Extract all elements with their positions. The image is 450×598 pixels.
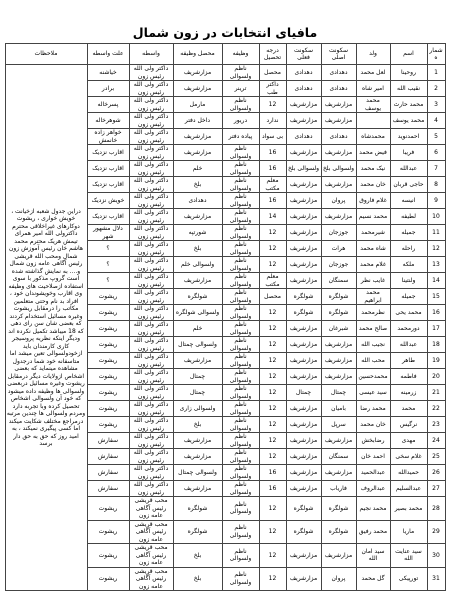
cell-education-degree: 12: [259, 369, 286, 385]
cell-education-degree: 16: [259, 481, 286, 497]
cell-duty: ناظم ولسوالی: [222, 369, 259, 385]
cell-number: 21: [427, 385, 445, 401]
cell-number: 1: [427, 65, 445, 81]
cell-duty: ناظم ولسوالی: [222, 385, 259, 401]
cell-duty: ناظم ولسوالی: [222, 241, 259, 257]
cell-origin-residence: شولگره: [321, 289, 356, 305]
cell-father-name: شاه محمد: [356, 241, 390, 257]
cell-intermediary: داکتر ولی الله رئیس زون: [129, 449, 173, 465]
cell-intermediary-reason: خواهر زاده خانمش: [87, 129, 129, 145]
cell-intermediary: داکتر ولی الله رئیس زون: [129, 113, 173, 129]
cell-duty: ناظم ولسوالی: [222, 337, 259, 353]
cell-name: لطیفه: [390, 209, 427, 225]
cell-intermediary-reason: ریشوت: [87, 353, 129, 369]
cell-intermediary-reason: ؟: [87, 273, 129, 289]
col-header-intermediary: واسطه: [129, 44, 173, 65]
cell-education-degree: محصل: [259, 65, 286, 81]
cell-name: محمد: [390, 401, 427, 417]
col-header-remarks: ملاحظات: [5, 44, 87, 65]
cell-number: 23: [427, 417, 445, 433]
cell-intermediary-reason: ریشوت: [87, 544, 129, 568]
cell-education-degree: 12: [259, 385, 286, 401]
remarks-cell: دراین جدول شعبه ازخیانت ، خویش خواری ، ر…: [5, 65, 87, 591]
cell-intermediary: داکتر ولی الله رئیس زون: [129, 337, 173, 353]
cell-current-residence: مزارشریف: [286, 225, 321, 241]
cell-number: 19: [427, 353, 445, 369]
cell-number: 2: [427, 81, 445, 97]
cell-intermediary: داکتر ولی الله رئیس زون: [129, 257, 173, 273]
cell-current-residence: مزارشریف: [286, 145, 321, 161]
col-header-intermediary-reason: علت واسطه: [87, 44, 129, 65]
cell-duty: ناظم ولسوالی: [222, 520, 259, 544]
cell-intermediary-reason: خیاشنه: [87, 65, 129, 81]
col-header-number: شماره: [427, 44, 445, 65]
cell-duty: ناظم ولسوالی: [222, 497, 259, 521]
cell-duty-place: مزارشریف: [173, 273, 222, 289]
cell-father-name: عبدالحمید: [356, 465, 390, 481]
cell-duty-place: بلخ: [173, 567, 222, 591]
cell-intermediary: داکتر ولی الله رئیس زون: [129, 385, 173, 401]
cell-intermediary-reason: ریشوت: [87, 305, 129, 321]
cell-intermediary: داکتر ولی الله رئیس زون: [129, 65, 173, 81]
cell-intermediary: داکتر ولی الله رئیس زون: [129, 481, 173, 497]
cell-father-name: غلام محمد: [356, 257, 390, 273]
cell-intermediary-reason: ؟: [87, 241, 129, 257]
cell-education-degree: 12: [259, 520, 286, 544]
cell-name: محمد یحی: [390, 305, 427, 321]
cell-origin-residence: سمنگان: [321, 273, 356, 289]
cell-duty: ناظم ولسوالی: [222, 481, 259, 497]
cell-current-residence: دهدادی: [286, 81, 321, 97]
cell-education-degree: 12: [259, 241, 286, 257]
cell-current-residence: دهدادی: [286, 129, 321, 145]
cell-current-residence: مزارشریف: [286, 481, 321, 497]
table-body: 1روحینالعل محمددهدادیدهدادیمحصلناظم ولسو…: [5, 65, 445, 591]
cell-number: 10: [427, 209, 445, 225]
cell-intermediary-reason: اقارب نزدیک: [87, 177, 129, 193]
cell-father-name: غایب نظر: [356, 273, 390, 289]
cell-intermediary-reason: سفارش: [87, 433, 129, 449]
cell-intermediary: داکتر ولی الله رئیس زون: [129, 81, 173, 97]
cell-education-degree: 16: [259, 465, 286, 481]
cell-duty-place: مزارشریف: [173, 81, 222, 97]
cell-origin-residence: هرات: [321, 241, 356, 257]
cell-duty: ناظم ولسوالی: [222, 449, 259, 465]
cell-duty: ناظم ولسوالی: [222, 567, 259, 591]
cell-number: 3: [427, 97, 445, 113]
cell-education-degree: 12: [259, 417, 286, 433]
cell-name: حاجی قربان: [390, 177, 427, 193]
cell-origin-residence: شولگره: [321, 520, 356, 544]
cell-father-name: صالح محمد: [356, 321, 390, 337]
cell-father-name: نجیب الله: [356, 337, 390, 353]
page-title: مافیای انتخابات در زون شمال: [0, 25, 450, 40]
cell-name: طاهر: [390, 353, 427, 369]
cell-duty-place: مزارشریف: [173, 481, 222, 497]
cell-duty-place: مزارشریف: [173, 145, 222, 161]
cell-current-residence: مزارشریف: [286, 567, 321, 591]
cell-duty: ناظم ولسوالی: [222, 225, 259, 241]
cell-intermediary: داکتر ولی الله رئیس زون: [129, 97, 173, 113]
cell-origin-residence: جوزجان: [321, 257, 356, 273]
cell-origin-residence: شبرغان: [321, 321, 356, 337]
cell-intermediary: داکتر ولی الله رئیس زون: [129, 161, 173, 177]
cell-duty: ناظم ولسوالی: [222, 273, 259, 289]
cell-intermediary-reason: اقارب نزدیک: [87, 145, 129, 161]
cell-intermediary: داکتر ولی الله رئیس زون: [129, 225, 173, 241]
cell-name: عبدالله: [390, 337, 427, 353]
cell-father-name: عبدالروف: [356, 481, 390, 497]
cell-current-residence: شولگره: [286, 520, 321, 544]
cell-name: راحله: [390, 241, 427, 257]
cell-number: 29: [427, 520, 445, 544]
cell-intermediary-reason: ریشوت: [87, 497, 129, 521]
cell-education-degree: داکتر طب: [259, 81, 286, 97]
cell-origin-residence: مزارشریف: [321, 209, 356, 225]
cell-father-name: محمد نجیم: [356, 497, 390, 521]
cell-duty: ناظم ولسوالی: [222, 257, 259, 273]
cell-father-name: محمد رفیق: [356, 520, 390, 544]
cell-origin-residence: مزارشریف: [321, 337, 356, 353]
cell-education-degree: بی سواد: [259, 129, 286, 145]
cell-intermediary-reason: سفارش: [87, 481, 129, 497]
cell-duty: ناظم ولسوالی: [222, 305, 259, 321]
cell-education-degree: محصل: [259, 289, 286, 305]
cell-duty-place: شولگره: [173, 289, 222, 305]
cell-education-degree: معلم مکتب: [259, 273, 286, 289]
cell-number: 17: [427, 321, 445, 337]
cell-origin-residence: شولگره: [321, 305, 356, 321]
cell-education-degree: 12: [259, 401, 286, 417]
cell-intermediary-reason: ریشوت: [87, 369, 129, 385]
cell-father-name: فیض محمد: [356, 145, 390, 161]
cell-father-name: غلام فاروق: [356, 193, 390, 209]
cell-intermediary-reason: ؟: [87, 257, 129, 273]
cell-number: 7: [427, 161, 445, 177]
cell-duty-place: شولگره: [173, 497, 222, 521]
cell-current-residence: مزارشریف: [286, 449, 321, 465]
col-header-duty: وظیفه: [222, 44, 259, 65]
cell-name: عبدالله: [390, 161, 427, 177]
cell-duty-place: ولسوالی خلم: [173, 257, 222, 273]
cell-name: انیسه: [390, 193, 427, 209]
cell-origin-residence: مزارشریف: [321, 145, 356, 161]
cell-father-name: سید عیسی: [356, 385, 390, 401]
cell-education-degree: 16: [259, 193, 286, 209]
cell-current-residence: ولسوالی بلخ: [286, 161, 321, 177]
cell-origin-residence: مزارشریف: [321, 353, 356, 369]
cell-intermediary: داکتر ولی الله رئیس زون: [129, 177, 173, 193]
cell-origin-residence: مزارشریف: [321, 113, 356, 129]
cell-father-name: خان محمد: [356, 417, 390, 433]
cell-name: مهدی: [390, 433, 427, 449]
cell-duty-place: چمتال: [173, 385, 222, 401]
cell-father-name: محمد ابراهیم: [356, 289, 390, 305]
cell-current-residence: مزارشریف: [286, 257, 321, 273]
cell-current-residence: مزارشریف: [286, 321, 321, 337]
cell-current-residence: مزارشریف: [286, 401, 321, 417]
cell-duty-place: بلخ: [173, 177, 222, 193]
cell-number: 9: [427, 193, 445, 209]
cell-current-residence: مزارشریف: [286, 113, 321, 129]
cell-duty-place: داخل دفتر: [173, 113, 222, 129]
cell-name: فاطمه: [390, 369, 427, 385]
cell-education-degree: 12: [259, 449, 286, 465]
cell-duty-place: خلم: [173, 161, 222, 177]
cell-duty-place: چمتال: [173, 369, 222, 385]
cell-duty-place: خلم: [173, 321, 222, 337]
cell-name: حمیدالله: [390, 465, 427, 481]
cell-number: 31: [427, 567, 445, 591]
cell-origin-residence: دهدادی: [321, 65, 356, 81]
col-header-education-degree: درجه تحصیل: [259, 44, 286, 65]
cell-current-residence: مزارشریف: [286, 433, 321, 449]
cell-father-name: محمد نسیم: [356, 209, 390, 225]
header-row: شماره اسم ولد سکونت اصلی سکونت فعلی درجه…: [5, 44, 445, 65]
cell-current-residence: مزارشریف: [286, 465, 321, 481]
cell-intermediary: داکتر ولی الله رئیس زون: [129, 273, 173, 289]
cell-duty-place: مزارشریف: [173, 433, 222, 449]
col-header-father-name: ولد: [356, 44, 390, 65]
cell-father-name: شیرمحمد: [356, 225, 390, 241]
cell-intermediary: داکتر ولی الله رئیس زون: [129, 193, 173, 209]
cell-father-name: محمدشاه: [356, 129, 390, 145]
cell-current-residence: مزارشریف: [286, 417, 321, 433]
cell-current-residence: شولگره: [286, 305, 321, 321]
cell-intermediary: داکتر ولی الله رئیس زون: [129, 145, 173, 161]
cell-name: محمد یوسف: [390, 113, 427, 129]
cell-number: 30: [427, 544, 445, 568]
cell-number: 4: [427, 113, 445, 129]
cell-intermediary-reason: برادر: [87, 81, 129, 97]
cell-intermediary-reason: شوهرخاله: [87, 113, 129, 129]
cell-intermediary: محب قریشی رئیس آگاهی عامه زون: [129, 544, 173, 568]
cell-duty: ناظم ولسوالی: [222, 433, 259, 449]
cell-name: احمدنوید: [390, 129, 427, 145]
cell-origin-residence: سرپل: [321, 417, 356, 433]
cell-father-name: [356, 113, 390, 129]
cell-origin-residence: پروان: [321, 567, 356, 591]
cell-intermediary-reason: ریشوت: [87, 520, 129, 544]
cell-origin-residence: فاریاب: [321, 481, 356, 497]
cell-intermediary: داکتر ولی الله رئیس زون: [129, 369, 173, 385]
cell-origin-residence: مزارشریف: [321, 97, 356, 113]
cell-number: 11: [427, 225, 445, 241]
cell-father-name: محمد یوسف: [356, 97, 390, 113]
cell-number: 5: [427, 129, 445, 145]
cell-father-name: محب الله: [356, 353, 390, 369]
cell-duty-place: مزارشریف: [173, 449, 222, 465]
cell-origin-residence: ولسوالی بلخ: [321, 161, 356, 177]
cell-name: ماریا: [390, 520, 427, 544]
cell-name: ملکه: [390, 257, 427, 273]
cell-number: 27: [427, 481, 445, 497]
cell-father-name: رضابخش: [356, 433, 390, 449]
cell-name: ولنتینا: [390, 273, 427, 289]
cell-current-residence: مزارشریف: [286, 193, 321, 209]
col-header-current-residence: سکونت فعلی: [286, 44, 321, 65]
cell-number: 25: [427, 449, 445, 465]
cell-duty-place: مزارشریف: [173, 65, 222, 81]
cell-number: 28: [427, 497, 445, 521]
cell-number: 24: [427, 433, 445, 449]
cell-number: 15: [427, 289, 445, 305]
cell-name: فریبا: [390, 145, 427, 161]
cell-education-degree: 12: [259, 225, 286, 241]
cell-intermediary-reason: سفارش: [87, 465, 129, 481]
cell-current-residence: دهدادی: [286, 65, 321, 81]
cell-number: 18: [427, 337, 445, 353]
cell-duty: ناظم ولسوالی: [222, 161, 259, 177]
cell-number: 14: [427, 273, 445, 289]
cell-duty-place: مزارشریف: [173, 209, 222, 225]
cell-father-name: گل محمد: [356, 567, 390, 591]
cell-number: 6: [427, 145, 445, 161]
cell-current-residence: مزارشریف: [286, 97, 321, 113]
cell-duty-place: بلخ: [173, 241, 222, 257]
cell-duty-place: بلخ: [173, 417, 222, 433]
cell-duty: ناظم ولسوالی: [222, 401, 259, 417]
cell-duty-place: مارمل: [173, 97, 222, 113]
cell-intermediary: محب قریشی رئیس آگاهی عامه زون: [129, 520, 173, 544]
cell-name: نقیب الله: [390, 81, 427, 97]
cell-father-name: محمدحسین: [356, 369, 390, 385]
cell-education-degree: 12: [259, 321, 286, 337]
cell-intermediary-reason: پسرخاله: [87, 97, 129, 113]
cell-duty-place: ولسوالی شولگره: [173, 305, 222, 321]
cell-origin-residence: جوزجان: [321, 225, 356, 241]
cell-current-residence: مزارشریف: [286, 209, 321, 225]
cell-duty-place: ولسوالی چمتال: [173, 465, 222, 481]
cell-duty: ناظم ولسوالی: [222, 145, 259, 161]
cell-education-degree: 12: [259, 544, 286, 568]
cell-name: تورپیکی: [390, 567, 427, 591]
cell-father-name: لعل محمد: [356, 65, 390, 81]
cell-duty: ترینر: [222, 81, 259, 97]
cell-father-name: سید امان الله: [356, 544, 390, 568]
col-header-duty-place: محصل وظیفه: [173, 44, 222, 65]
cell-name: غلام سخی: [390, 449, 427, 465]
cell-intermediary: داکتر ولی الله رئیس زون: [129, 289, 173, 305]
cell-intermediary-reason: خویش نزدیک: [87, 193, 129, 209]
cell-duty-place: شولگره: [173, 520, 222, 544]
cell-duty: ناظم ولسوالی: [222, 97, 259, 113]
cell-current-residence: چمتال: [286, 385, 321, 401]
cell-duty-place: بلخ: [173, 544, 222, 568]
cell-intermediary: محب قریشی رئیس آگاهی عامه زون: [129, 497, 173, 521]
cell-education-degree: 12: [259, 567, 286, 591]
cell-origin-residence: مزارشریف: [321, 177, 356, 193]
cell-duty-place: مزارشریف: [173, 129, 222, 145]
cell-number: 16: [427, 305, 445, 321]
cell-education-degree: 12: [259, 337, 286, 353]
cell-current-residence: مزارشریف: [286, 241, 321, 257]
cell-intermediary-reason: ریشوت: [87, 337, 129, 353]
cell-father-name: امیر شاه: [356, 81, 390, 97]
cell-duty-place: مزارشریف: [173, 353, 222, 369]
col-header-origin-residence: سکونت اصلی: [321, 44, 356, 65]
cell-duty-place: ولسوالی چمتال: [173, 337, 222, 353]
cell-father-name: محمد رضا: [356, 401, 390, 417]
cell-name: جمیله: [390, 289, 427, 305]
cell-intermediary: داکتر ولی الله رئیس زون: [129, 129, 173, 145]
cell-education-degree: 12: [259, 353, 286, 369]
col-header-name: اسم: [390, 44, 427, 65]
cell-origin-residence: دهدادی: [321, 81, 356, 97]
cell-duty-place: دهدادی: [173, 193, 222, 209]
cell-origin-residence: بامیان: [321, 401, 356, 417]
cell-intermediary-reason: دلال مشهور شهر: [87, 225, 129, 241]
cell-name: محمد حارث: [390, 97, 427, 113]
cell-education-degree: 16: [259, 145, 286, 161]
cell-intermediary-reason: ریشوت: [87, 567, 129, 591]
cell-current-residence: مزارشریف: [286, 353, 321, 369]
cell-duty-place: ولسوالی زاری: [173, 401, 222, 417]
cell-father-name: احمد خان: [356, 449, 390, 465]
document-page: مافیای انتخابات در زون شمال شماره اسم ول…: [0, 0, 450, 598]
cell-current-residence: مزارشریف: [286, 177, 321, 193]
cell-current-residence: شولگره: [286, 497, 321, 521]
cell-intermediary-reason: ریشوت: [87, 289, 129, 305]
cell-education-degree: ندارد: [259, 113, 286, 129]
cell-intermediary: داکتر ولی الله رئیس زون: [129, 321, 173, 337]
cell-intermediary-reason: ریشوت: [87, 385, 129, 401]
cell-intermediary-reason: اقارب نزدیک: [87, 161, 129, 177]
cell-intermediary: داکتر ولی الله رئیس زون: [129, 241, 173, 257]
cell-intermediary: داکتر ولی الله رئیس زون: [129, 465, 173, 481]
cell-name: روحینا: [390, 65, 427, 81]
cell-current-residence: مزارشریف: [286, 544, 321, 568]
cell-duty: ناظم ولسوالی: [222, 177, 259, 193]
cell-intermediary: داکتر ولی الله رئیس زون: [129, 433, 173, 449]
cell-education-degree: 12: [259, 433, 286, 449]
cell-duty-place: شورتپه: [173, 225, 222, 241]
cell-origin-residence: مزارشریف: [321, 465, 356, 481]
cell-number: 22: [427, 401, 445, 417]
cell-father-name: خان محمد: [356, 177, 390, 193]
cell-intermediary: داکتر ولی الله رئیس زون: [129, 417, 173, 433]
cell-name: سید عنایت الله: [390, 544, 427, 568]
cell-intermediary-reason: ریشوت: [87, 417, 129, 433]
table-row: 1روحینالعل محمددهدادیدهدادیمحصلناظم ولسو…: [5, 65, 445, 81]
cell-origin-residence: مزارشریف: [321, 369, 356, 385]
cell-number: 26: [427, 465, 445, 481]
cell-education-degree: 16: [259, 161, 286, 177]
cell-name: عبدالسلیم: [390, 481, 427, 497]
cell-education-degree: معلم مکتب: [259, 177, 286, 193]
cell-origin-residence: شولگره: [321, 497, 356, 521]
cell-origin-residence: پروان: [321, 193, 356, 209]
cell-duty: ناظم ولسوالی: [222, 65, 259, 81]
cell-duty: ناظم ولسوالی: [222, 544, 259, 568]
cell-name: دورمحمد: [390, 321, 427, 337]
cell-intermediary-reason: ریشوت: [87, 321, 129, 337]
cell-education-degree: 12: [259, 305, 286, 321]
cell-duty: ناظم ولسوالی: [222, 465, 259, 481]
cell-current-residence: مزارشریف: [286, 337, 321, 353]
cell-duty: پیاده دفتر: [222, 129, 259, 145]
cell-origin-residence: سمنگان: [321, 449, 356, 465]
cell-number: 12: [427, 241, 445, 257]
cell-origin-residence: دهدادی: [321, 129, 356, 145]
cell-intermediary-reason: سفارش: [87, 449, 129, 465]
cell-name: جمیله: [390, 225, 427, 241]
cell-intermediary: داکتر ولی الله رئیس زون: [129, 209, 173, 225]
cell-education-degree: 12: [259, 497, 286, 521]
cell-origin-residence: مزارشریف: [321, 544, 356, 568]
cell-duty: ناظم ولسوالی: [222, 193, 259, 209]
cell-origin-residence: مزارشریف: [321, 433, 356, 449]
